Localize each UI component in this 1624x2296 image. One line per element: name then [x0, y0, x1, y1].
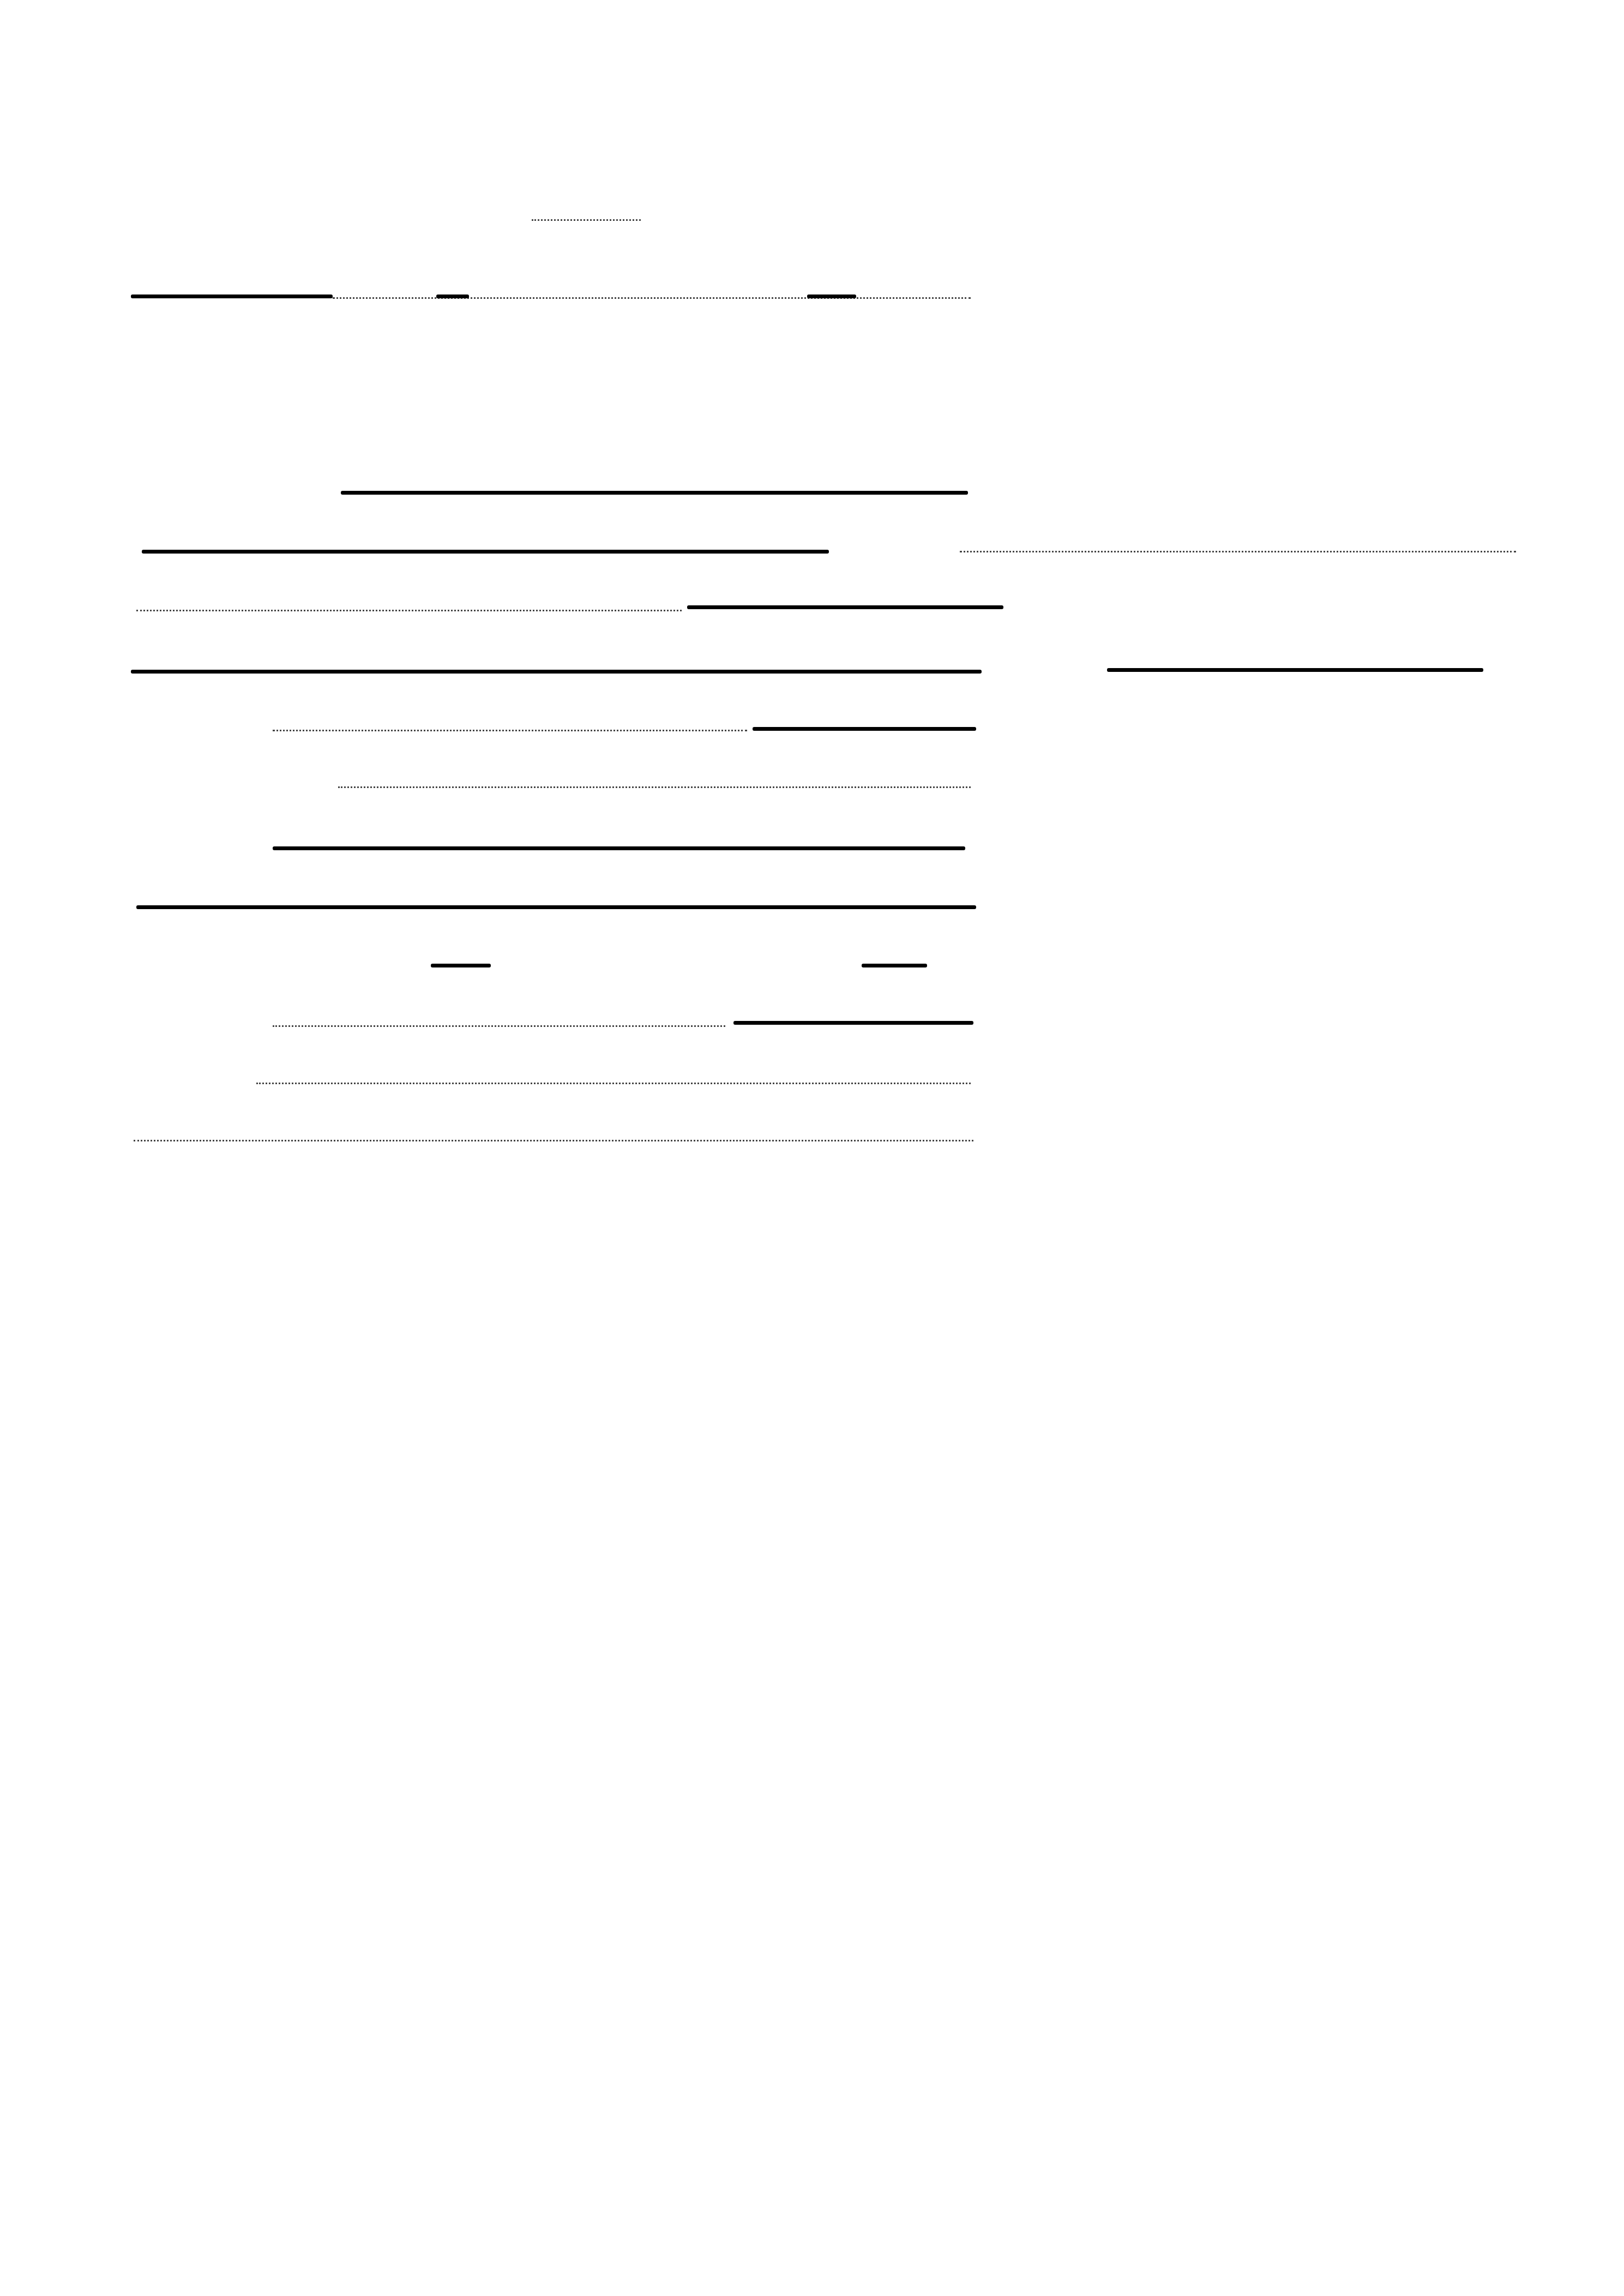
date-dash: [807, 294, 856, 298]
report-dotted: [338, 786, 971, 788]
deceased-residence-dotted: [273, 1025, 725, 1027]
report-rule: [273, 846, 965, 850]
religion-rule: [862, 964, 927, 967]
place-dash: [436, 294, 469, 298]
place-rule: [131, 294, 333, 298]
intro-blank-rule: [131, 670, 982, 674]
age-rule: [431, 964, 491, 967]
entry-number-line: [532, 219, 641, 221]
deceased-residence-rule: [733, 1021, 973, 1025]
informant-residence-rule: [753, 727, 976, 731]
informant-residence-dotted: [273, 730, 747, 731]
birth-dotted: [256, 1083, 971, 1084]
header-dotted-line: [333, 297, 971, 299]
informant-dotted-line: [136, 610, 682, 611]
margin-dotted-line: [960, 551, 1516, 552]
spouse-dotted: [134, 1140, 973, 1141]
known-rule: [142, 550, 829, 554]
informant-rule: [687, 605, 1003, 609]
document-page: [0, 0, 1624, 2296]
margin-rule: [1107, 668, 1483, 672]
personality-rule: [341, 491, 968, 495]
informant-blank-rule: [136, 905, 976, 909]
